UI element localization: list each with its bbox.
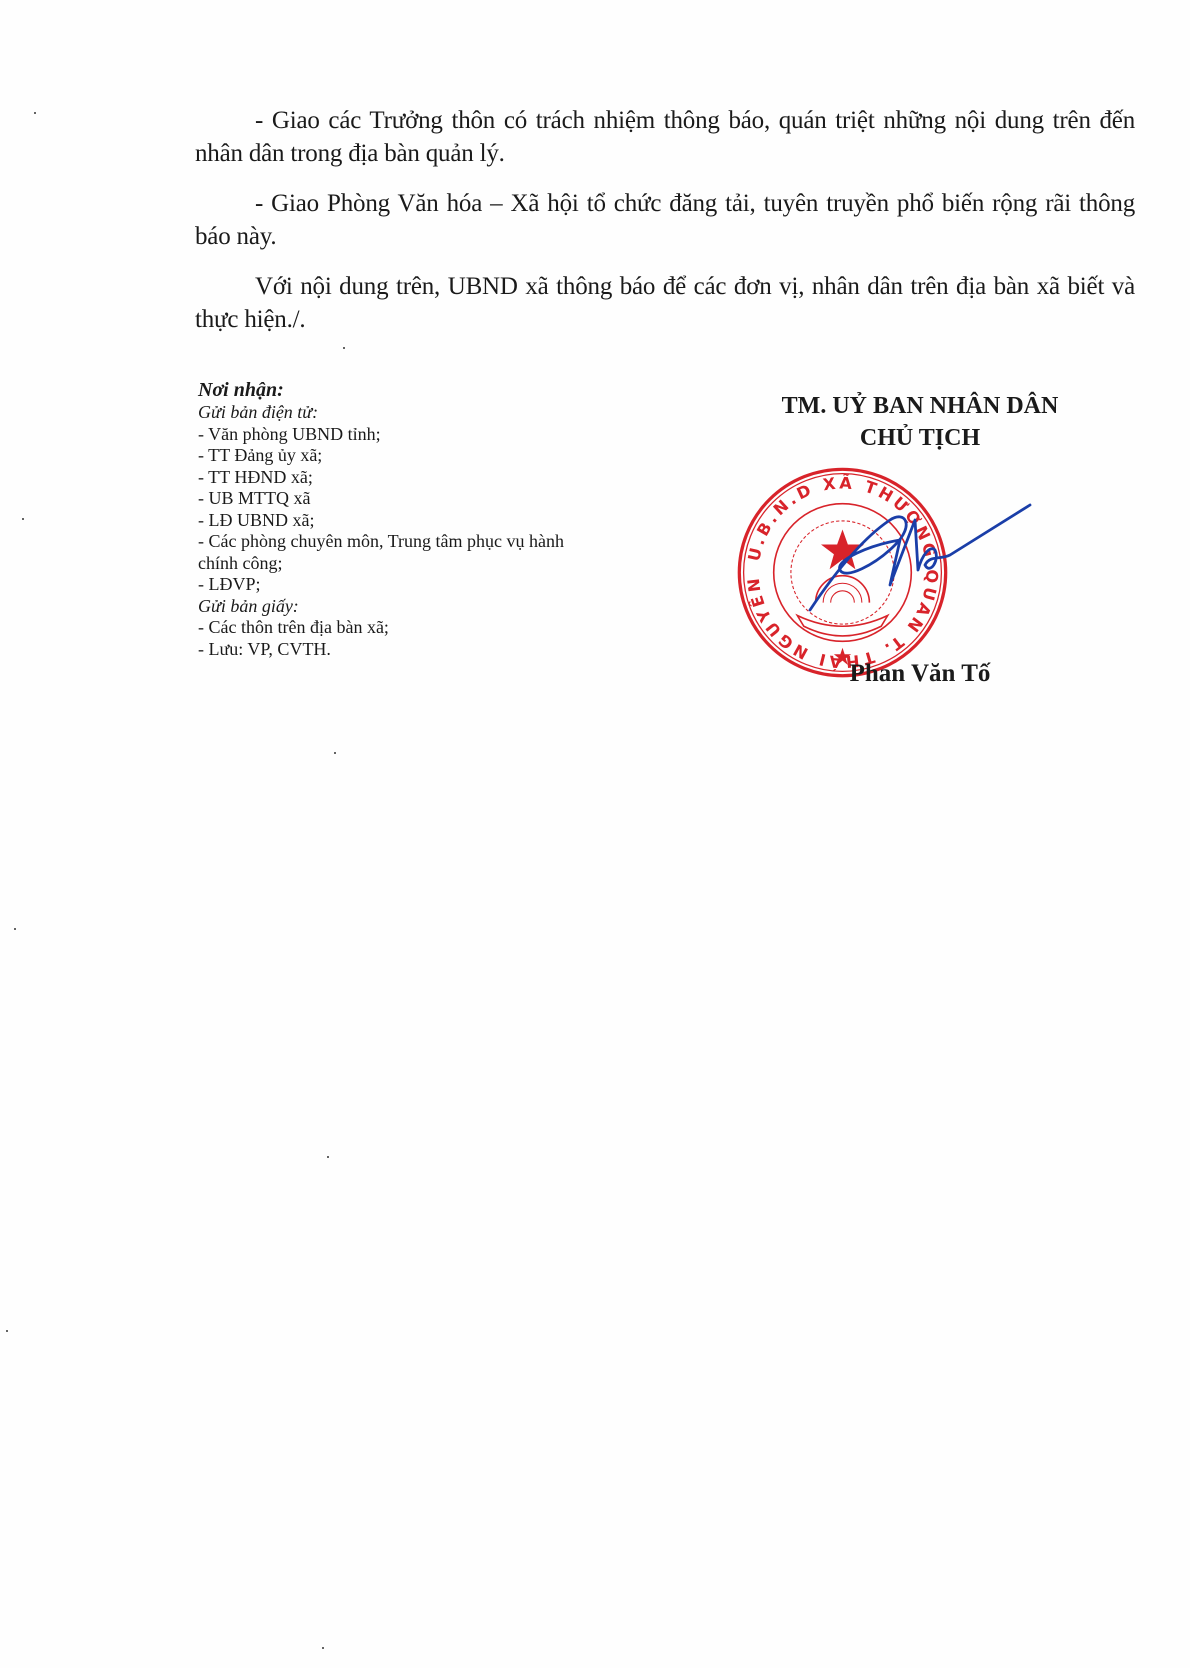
recipients-block: Nơi nhận: Gửi bản điện tử: - Văn phòng U… — [198, 378, 578, 660]
paper-copy-label: Gửi bản giấy: — [198, 596, 578, 618]
handwritten-signature-icon — [790, 500, 1040, 620]
recipients-title: Nơi nhận: — [198, 378, 578, 402]
paragraph-closing: Với nội dung trên, UBND xã thông báo để … — [195, 270, 1135, 336]
recipient-item: - Các thôn trên địa bàn xã; — [198, 617, 578, 639]
recipient-item: - TT HĐND xã; — [198, 467, 578, 489]
recipient-item: - LĐ UBND xã; — [198, 510, 578, 532]
recipient-item: - Lưu: VP, CVTH. — [198, 639, 578, 661]
body-text: - Giao các Trưởng thôn có trách nhiệm th… — [195, 104, 1135, 353]
paragraph-culture-office: - Giao Phòng Văn hóa – Xã hội tổ chức đă… — [195, 187, 1135, 253]
recipient-item: - Các phòng chuyên môn, Trung tâm phục v… — [198, 531, 578, 574]
scan-speck — [34, 112, 36, 114]
scan-speck — [22, 518, 24, 520]
scan-speck — [334, 752, 336, 754]
recipient-item: - TT Đảng ủy xã; — [198, 445, 578, 467]
recipient-item: - UB MTTQ xã — [198, 488, 578, 510]
document-page: - Giao các Trưởng thôn có trách nhiệm th… — [0, 0, 1190, 1668]
on-behalf-label: TM. UỶ BAN NHÂN DÂN — [720, 390, 1120, 422]
signature-heading: TM. UỶ BAN NHÂN DÂN CHỦ TỊCH — [720, 390, 1120, 454]
signer-name: Phan Văn Tố — [720, 660, 1120, 688]
scan-speck — [322, 1647, 324, 1649]
scan-speck — [327, 1156, 329, 1158]
recipient-item: - LĐVP; — [198, 574, 578, 596]
scan-speck — [14, 928, 16, 930]
electronic-copy-label: Gửi bản điện tử: — [198, 402, 578, 424]
scan-speck — [343, 347, 345, 349]
signer-position: CHỦ TỊCH — [720, 422, 1120, 454]
recipient-item: - Văn phòng UBND tỉnh; — [198, 424, 578, 446]
paragraph-village-heads: - Giao các Trưởng thôn có trách nhiệm th… — [195, 104, 1135, 170]
scan-speck — [6, 1330, 8, 1332]
